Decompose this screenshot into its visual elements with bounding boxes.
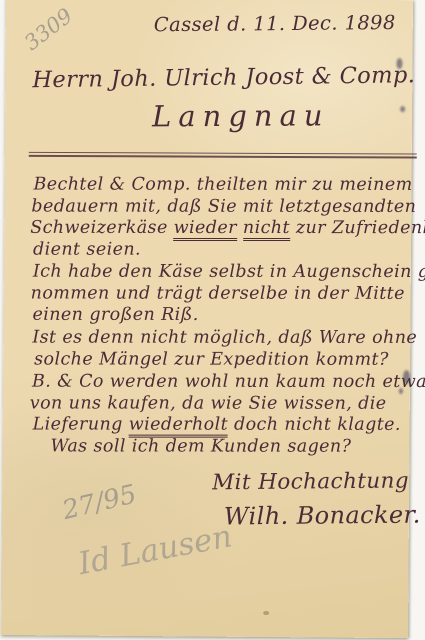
postcard-paper: 3309 Cassel d. 11. Dec. 1898 Herrn Joh. … xyxy=(1,0,413,638)
ink-smudge xyxy=(403,370,410,384)
paper-fleck xyxy=(263,611,269,615)
body-text: zur Zufriedenheit be- xyxy=(290,218,425,238)
ink-smudge xyxy=(399,388,403,394)
body-text: doch nicht klagte. xyxy=(228,415,401,435)
underlined-word: nicht xyxy=(243,218,290,241)
body-line: einen großen Riß. xyxy=(32,305,198,325)
double-rule-divider xyxy=(29,152,417,159)
body-text: Lieferung xyxy=(33,415,129,435)
body-line: von uns kaufen, da wie Sie wissen, die xyxy=(30,393,387,413)
body-line: Lieferung wiederholt doch nicht klagte. xyxy=(33,415,401,435)
body-line: nommen und trägt derselbe in der Mitte xyxy=(31,284,405,304)
underlined-word: wiederholt xyxy=(129,415,228,438)
body-text: Schweizerkäse xyxy=(30,218,174,238)
body-line: solche Mängel zur Expedition kommt? xyxy=(34,349,389,369)
valediction: Mit Hochachtung xyxy=(212,468,409,495)
ink-smudge xyxy=(396,58,402,69)
body-line: Bechtel & Comp. theilten mir zu meinem xyxy=(34,175,413,195)
body-line: Ist es denn nicht möglich, daß Ware ohne xyxy=(32,328,417,348)
dateline: Cassel d. 11. Dec. 1898 xyxy=(154,11,396,36)
body-line: B. & Co werden wohl nun kaum noch etwas xyxy=(32,372,425,392)
body-text xyxy=(237,218,243,238)
recipient-city: Langnau xyxy=(152,98,330,133)
underlined-word: wieder xyxy=(174,218,237,241)
signature: Wilh. Bonacker. xyxy=(224,501,421,531)
body-line: Schweizerkäse wieder nicht zur Zufrieden… xyxy=(30,218,425,238)
ink-smudge xyxy=(400,106,405,112)
recipient-line: Herrn Joh. Ulrich Joost & Comp. xyxy=(32,62,415,93)
body-line: bedauern mit, daß Sie mit letztgesandten xyxy=(31,197,416,217)
pencil-scribble: Id Lausen xyxy=(76,518,235,582)
scanned-postcard-image: 3309 Cassel d. 11. Dec. 1898 Herrn Joh. … xyxy=(0,0,425,640)
pencil-catalog-number: 3309 xyxy=(20,4,77,56)
pencil-price-number: 27/95 xyxy=(60,479,140,526)
body-line: Was soll ich dem Kunden sagen? xyxy=(50,436,351,456)
body-line: Ich habe den Käse selbst in Augenschein … xyxy=(33,262,425,282)
body-line: dient seien. xyxy=(33,240,141,260)
